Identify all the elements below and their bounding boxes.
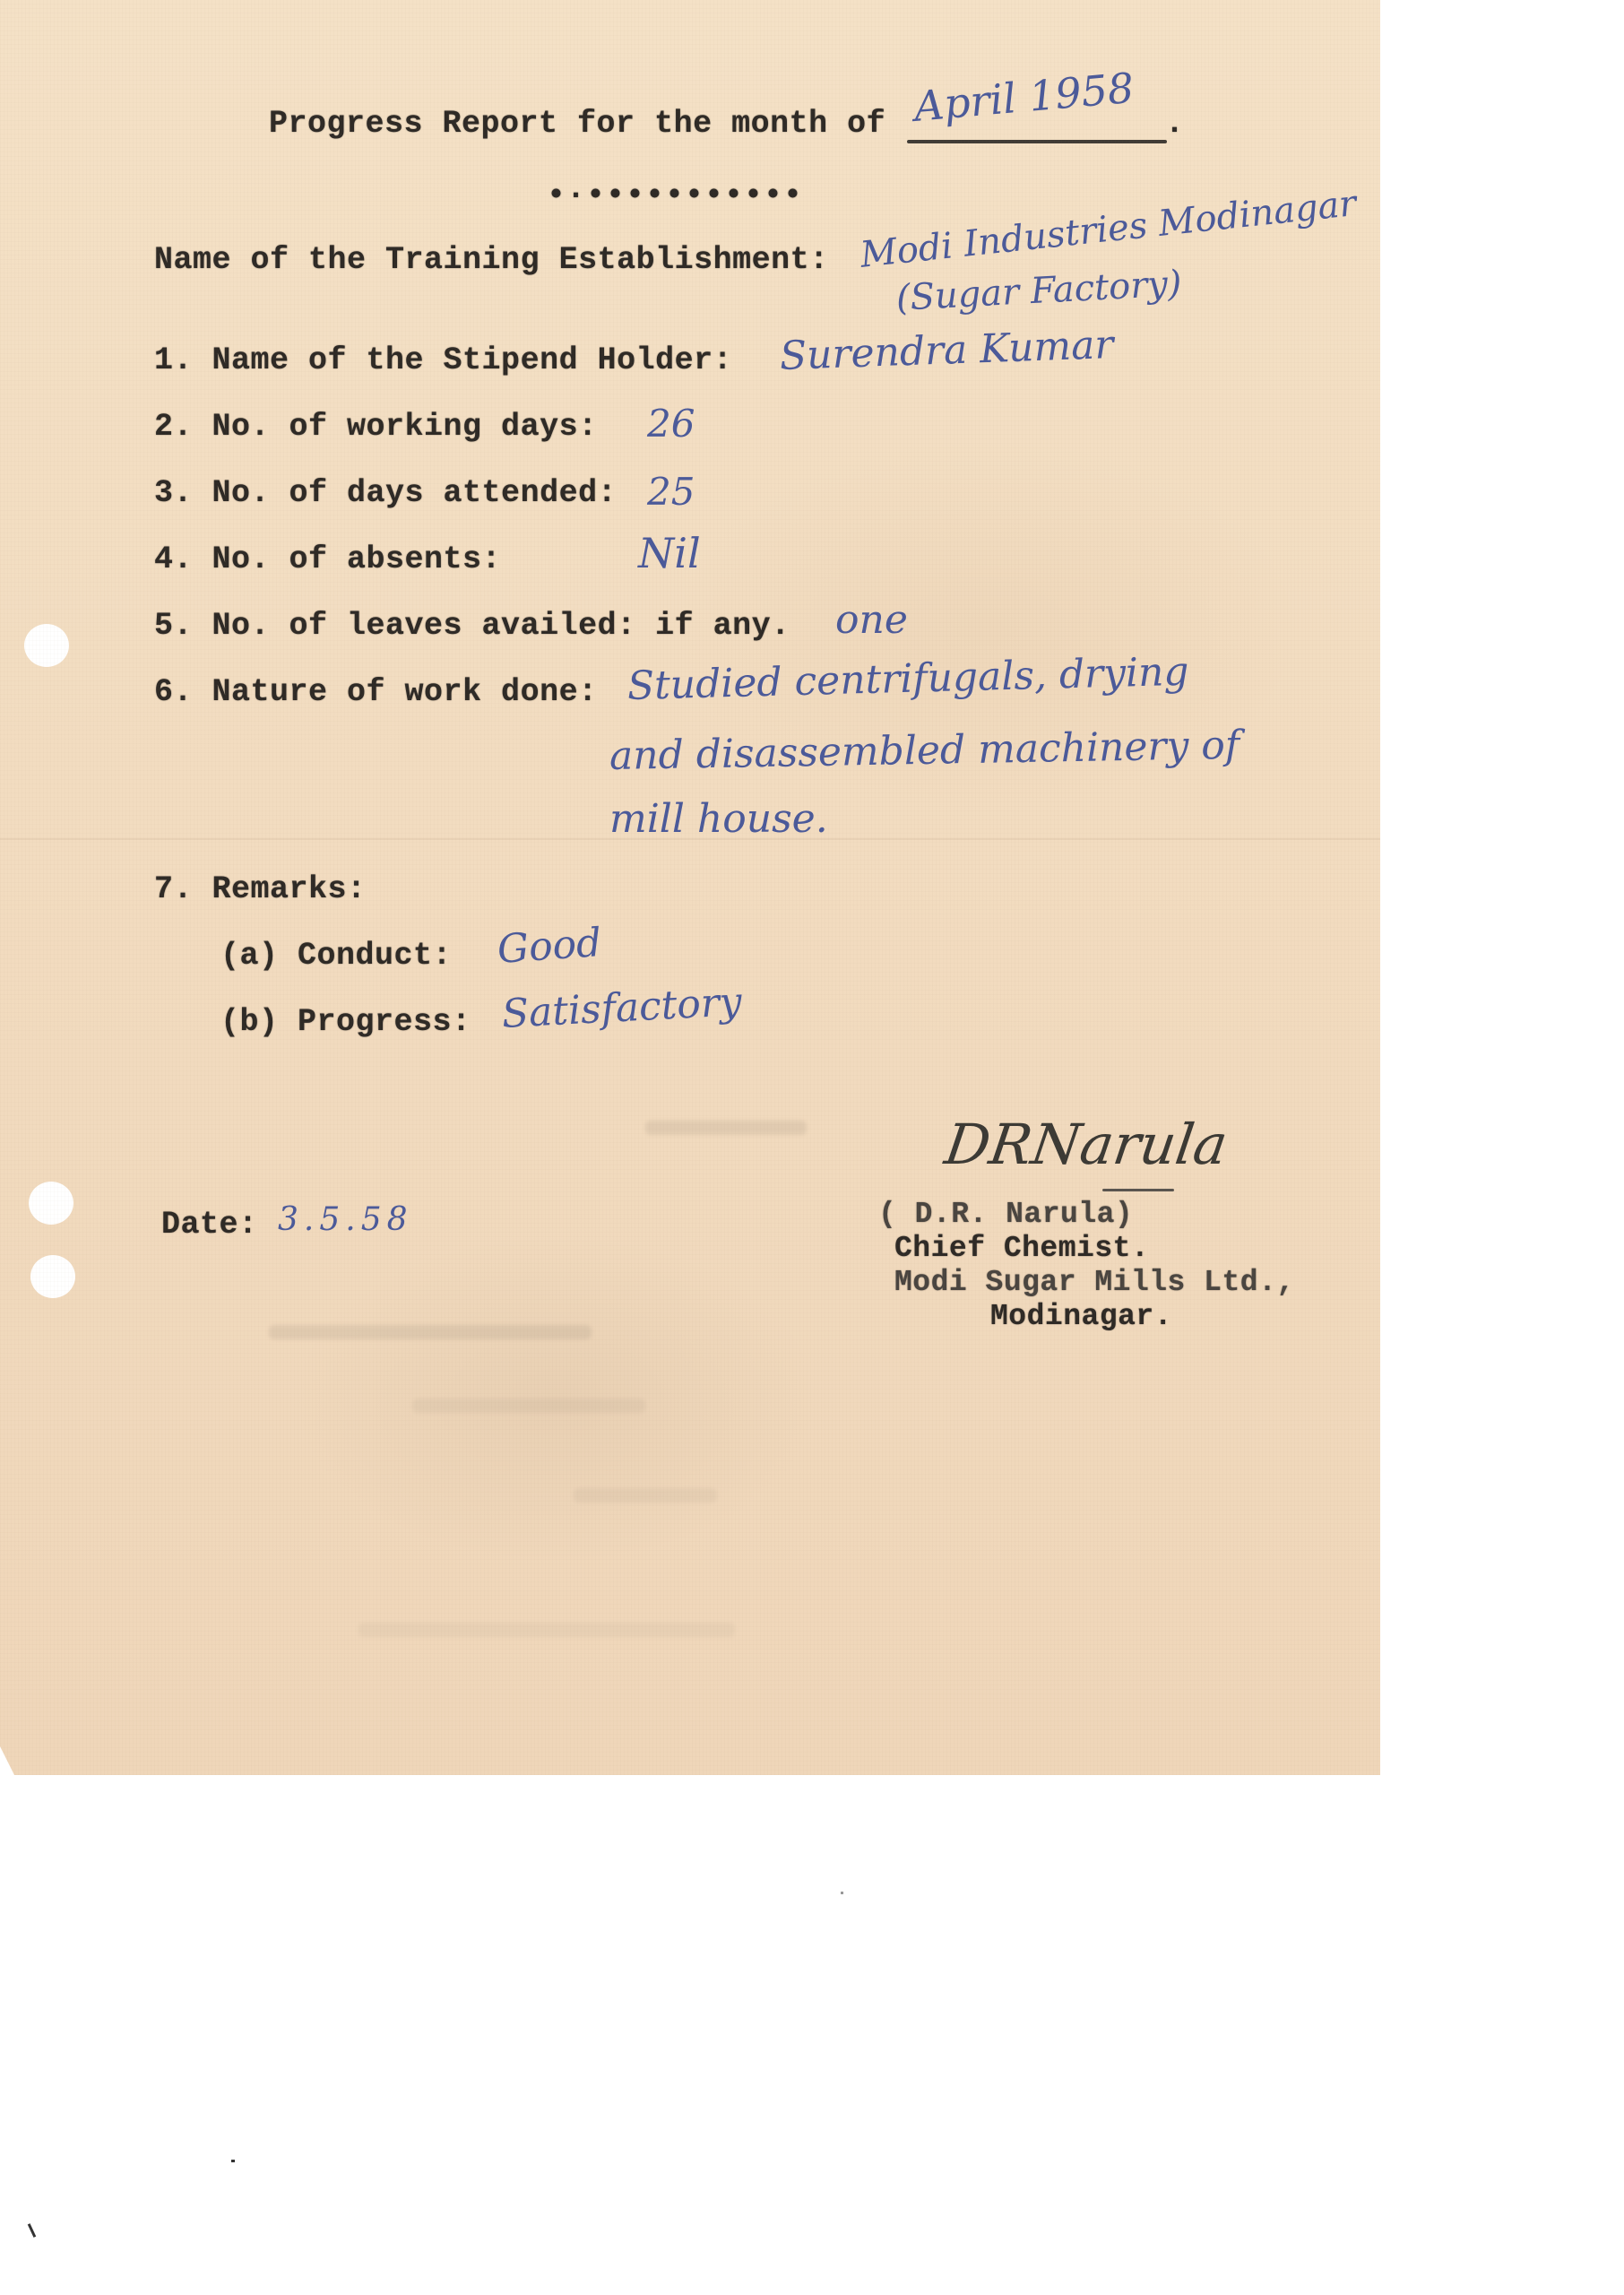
signature-underline xyxy=(1102,1189,1174,1191)
show-through-smudge xyxy=(412,1399,645,1413)
punch-hole xyxy=(30,1255,75,1298)
scan-speck xyxy=(231,2160,235,2162)
scan-speck xyxy=(841,1892,843,1894)
date-value: 3.5.58 xyxy=(278,1201,413,1238)
signatory-company: Modi Sugar Mills Ltd., xyxy=(894,1266,1295,1299)
signature: DRNarula xyxy=(941,1112,1231,1177)
leaves-availed-value: one xyxy=(835,597,908,643)
work-done-label: 6. Nature of work done: xyxy=(154,674,598,710)
establishment-value: Modi Industries Modinagar xyxy=(859,183,1359,276)
working-days-value: 26 xyxy=(647,402,695,446)
remarks-label: 7. Remarks: xyxy=(154,871,367,907)
progress-value: Satisfactory xyxy=(501,979,743,1037)
report-title: Progress Report for the month of xyxy=(269,106,885,142)
report-month: April 1958 xyxy=(912,64,1136,131)
days-attended-value: 25 xyxy=(647,470,695,514)
title-period: . xyxy=(1165,106,1185,142)
conduct-label: (a) Conduct: xyxy=(220,938,452,974)
signatory-place: Modinagar. xyxy=(990,1300,1172,1333)
progress-label: (b) Progress: xyxy=(220,1004,471,1040)
conduct-value: Good xyxy=(496,920,603,973)
punch-hole xyxy=(24,624,69,667)
work-done-line-1: Studied centrifugals, drying xyxy=(626,649,1189,709)
work-done-line-2: and disassembled machinery of xyxy=(609,723,1240,779)
show-through-smudge xyxy=(358,1623,735,1637)
date-label: Date: xyxy=(161,1207,258,1243)
absents-value: Nil xyxy=(638,529,701,577)
establishment-value-sub: (Sugar Factory) xyxy=(895,263,1183,319)
signatory-title: Chief Chemist. xyxy=(894,1232,1149,1265)
signatory-name: ( D.R. Narula) xyxy=(878,1198,1133,1231)
days-attended-label: 3. No. of days attended: xyxy=(154,475,617,511)
show-through-smudge xyxy=(645,1121,807,1135)
paper-sheet: Progress Report for the month of April 1… xyxy=(0,0,1380,1775)
stipend-holder-label: 1. Name of the Stipend Holder: xyxy=(154,342,732,378)
title-underline xyxy=(907,140,1167,143)
absents-label: 4. No. of absents: xyxy=(154,541,501,577)
leaves-availed-label: 5. No. of leaves availed: if any. xyxy=(154,608,790,644)
show-through-smudge xyxy=(269,1325,592,1339)
stipend-holder-value: Surendra Kumar xyxy=(779,322,1114,379)
punch-hole xyxy=(29,1182,73,1225)
scan-speck xyxy=(28,2223,36,2238)
working-days-label: 2. No. of working days: xyxy=(154,409,598,445)
title-separator: •·••••••••••• xyxy=(547,178,803,213)
establishment-label: Name of the Training Establishment: xyxy=(154,242,829,278)
show-through-smudge xyxy=(574,1488,717,1503)
work-done-line-3: mill house. xyxy=(609,796,828,842)
